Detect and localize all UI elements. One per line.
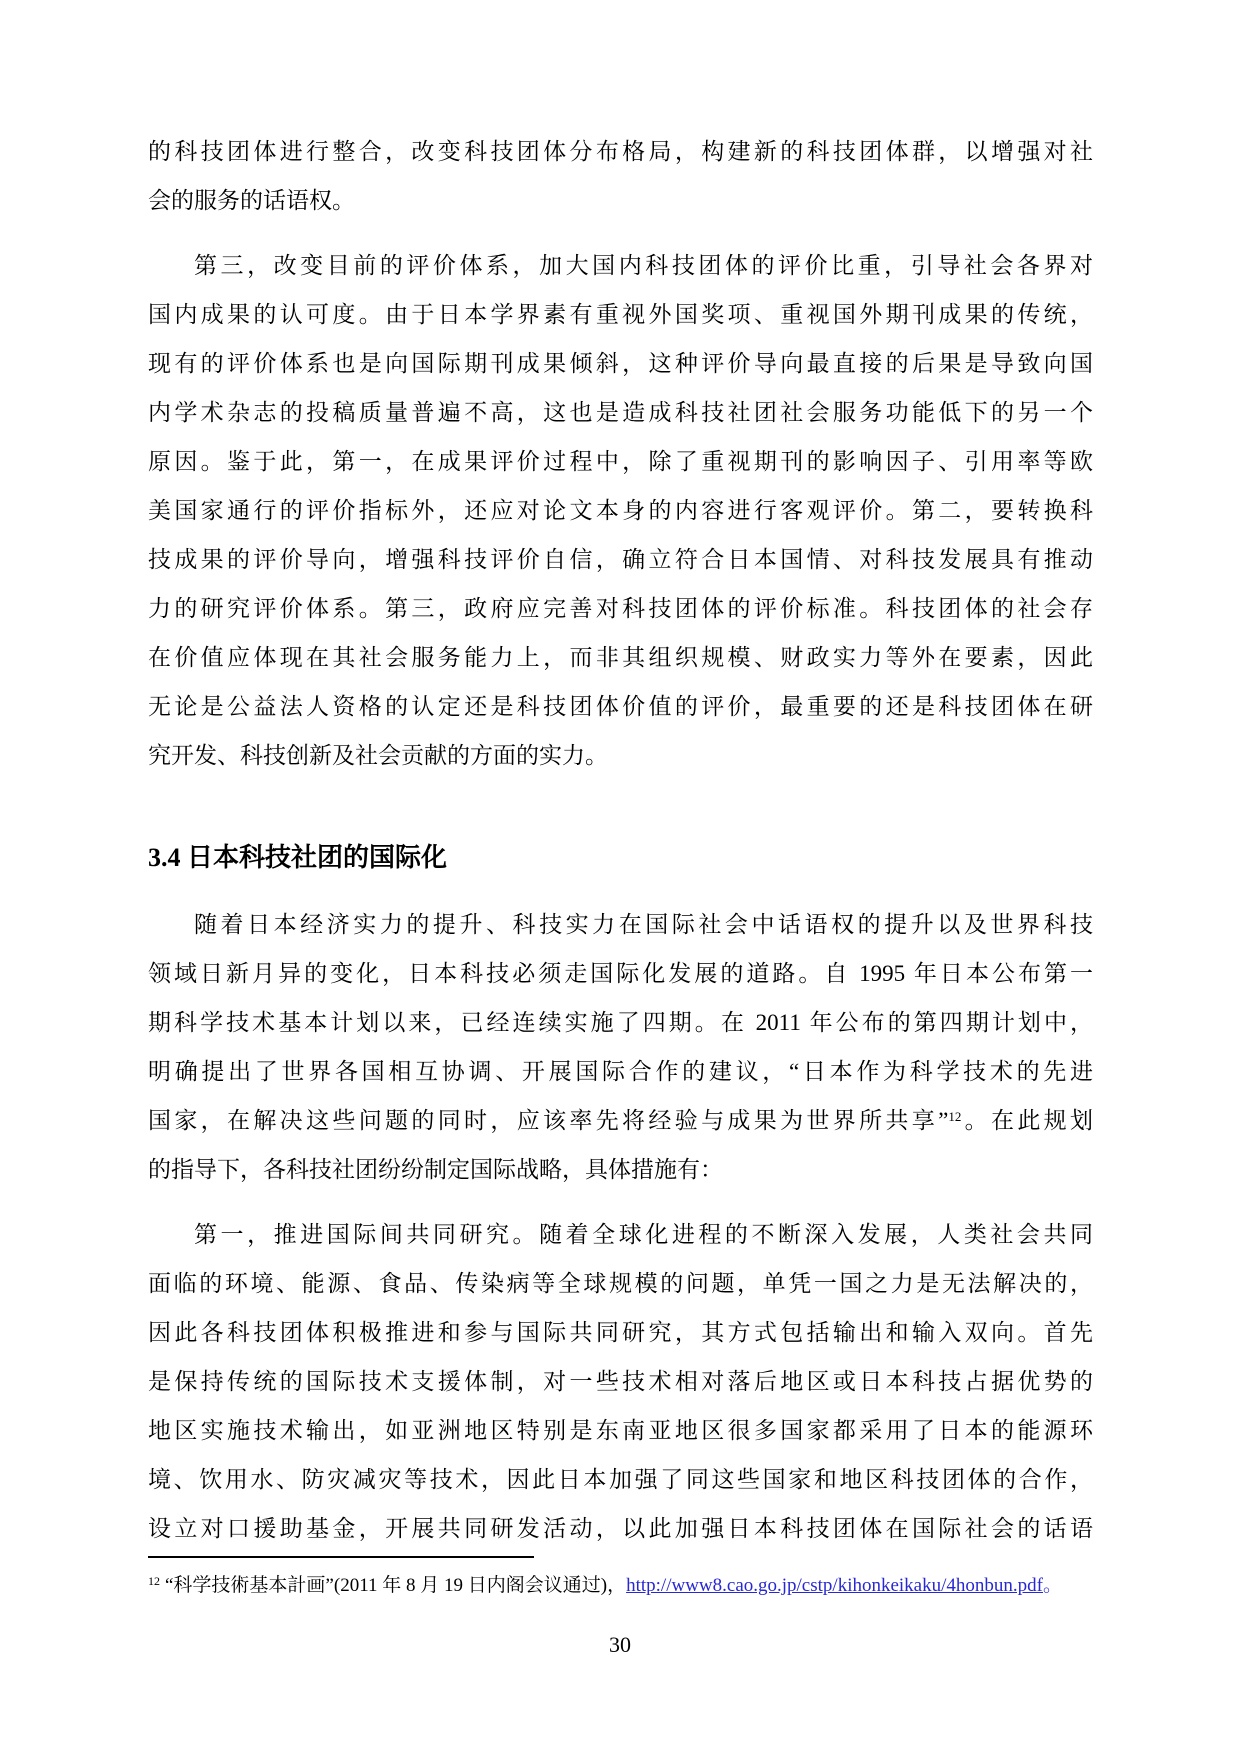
text-line: 第三，改变目前的评价体系，加大国内科技团体的评价比重，引导社会各界对: [148, 241, 1093, 290]
footnote-area: 12“科学技術基本計画”(2011 年 8 月 19 日内阁会议通过)，http…: [148, 1556, 1093, 1601]
text-line: 在价值应体现在其社会服务能力上，而非其组织规模、财政实力等外在要素，因此: [148, 633, 1093, 682]
text-line: 领域日新月异的变化，日本科技必须走国际化发展的道路。自 1995 年日本公布第一: [148, 949, 1093, 998]
text-segment: 国家，在解决这些问题的同时，应该率先将经验与成果为世界所共享”: [148, 1108, 948, 1133]
footnote-link[interactable]: http://www8.cao.go.jp/cstp/kihonkeikaku/…: [626, 1575, 1043, 1596]
text-line: 现有的评价体系也是向国际期刊成果倾斜，这种评价导向最直接的后果是导致向国: [148, 339, 1093, 388]
text-line: 随着日本经济实力的提升、科技实力在国际社会中话语权的提升以及世界科技: [148, 900, 1093, 949]
text-line: 设立对口援助基金，开展共同研发活动，以此加强日本科技团体在国际社会的话语: [148, 1504, 1093, 1553]
text-line: 无论是公益法人资格的认定还是科技团体价值的评价，最重要的还是科技团体在研: [148, 682, 1093, 731]
text-line: 国家，在解决这些问题的同时，应该率先将经验与成果为世界所共享”12。在此规划: [148, 1096, 1093, 1145]
body-paragraph-2: 第三，改变目前的评价体系，加大国内科技团体的评价比重，引导社会各界对 国内成果的…: [148, 241, 1093, 780]
text-line: 因此各科技团体积极推进和参与国际共同研究，其方式包括输出和输入双向。首先: [148, 1308, 1093, 1357]
text-line: 技成果的评价导向，增强科技评价自信，确立符合日本国情、对科技发展具有推动: [148, 535, 1093, 584]
footnote-text: “科学技術基本計画”(2011 年 8 月 19 日内阁会议通过)，: [165, 1575, 626, 1596]
text-line: 明确提出了世界各国相互协调、开展国际合作的建议，“日本作为科学技术的先进: [148, 1047, 1093, 1096]
text-line: 原因。鉴于此，第一，在成果评价过程中，除了重视期刊的影响因子、引用率等欧: [148, 437, 1093, 486]
text-line: 第一，推进国际间共同研究。随着全球化进程的不断深入发展，人类社会共同: [148, 1210, 1093, 1259]
text-line: 国内成果的认可度。由于日本学界素有重视外国奖项、重视国外期刊成果的传统，: [148, 290, 1093, 339]
body-paragraph-3: 随着日本经济实力的提升、科技实力在国际社会中话语权的提升以及世界科技 领域日新月…: [148, 900, 1093, 1194]
text-line: 会的服务的话语权。: [148, 176, 1093, 225]
body-paragraph-4: 第一，推进国际间共同研究。随着全球化进程的不断深入发展，人类社会共同 面临的环境…: [148, 1210, 1093, 1553]
text-line: 的指导下，各科技社团纷纷制定国际战略，具体措施有：: [148, 1145, 1093, 1194]
text-line: 美国家通行的评价指标外，还应对论文本身的内容进行客观评价。第二，要转换科: [148, 486, 1093, 535]
text-line: 的科技团体进行整合，改变科技团体分布格局，构建新的科技团体群，以增强对社: [148, 127, 1093, 176]
text-line: 期科学技术基本计划以来，已经连续实施了四期。在 2011 年公布的第四期计划中，: [148, 998, 1093, 1047]
footnote-marker: 12: [148, 1574, 160, 1588]
text-line: 内学术杂志的投稿质量普遍不高，这也是造成科技社团社会服务功能低下的另一个: [148, 388, 1093, 437]
document-page: 的科技团体进行整合，改变科技团体分布格局，构建新的科技团体群，以增强对社 会的服…: [0, 0, 1240, 1753]
text-line: 究开发、科技创新及社会贡献的方面的实力。: [148, 731, 1093, 780]
text-line: 境、饮用水、防灾减灾等技术，因此日本加强了同这些国家和地区科技团体的合作，: [148, 1455, 1093, 1504]
page-number: 30: [0, 1633, 1240, 1657]
text-line: 力的研究评价体系。第三，政府应完善对科技团体的评价标准。科技团体的社会存: [148, 584, 1093, 633]
text-line: 面临的环境、能源、食品、传染病等全球规模的问题，单凭一国之力是无法解决的，: [148, 1259, 1093, 1308]
footnote-separator: [148, 1556, 534, 1558]
footnote-reference: 12: [948, 1109, 961, 1124]
text-line: 是保持传统的国际技术支援体制，对一些技术相对落后地区或日本科技占据优势的: [148, 1357, 1093, 1406]
footnote: 12“科学技術基本計画”(2011 年 8 月 19 日内阁会议通过)，http…: [148, 1571, 1093, 1601]
text-line: 地区实施技术输出，如亚洲地区特别是东南亚地区很多国家都采用了日本的能源环: [148, 1406, 1093, 1455]
footnote-suffix: 。: [1043, 1575, 1062, 1596]
body-paragraph-1: 的科技团体进行整合，改变科技团体分布格局，构建新的科技团体群，以增强对社 会的服…: [148, 127, 1093, 225]
page-content: 的科技团体进行整合，改变科技团体分布格局，构建新的科技团体群，以增强对社 会的服…: [148, 127, 1093, 1569]
section-heading: 3.4 日本科技社团的国际化: [148, 839, 1093, 877]
text-segment: 。在此规划: [961, 1108, 1093, 1133]
